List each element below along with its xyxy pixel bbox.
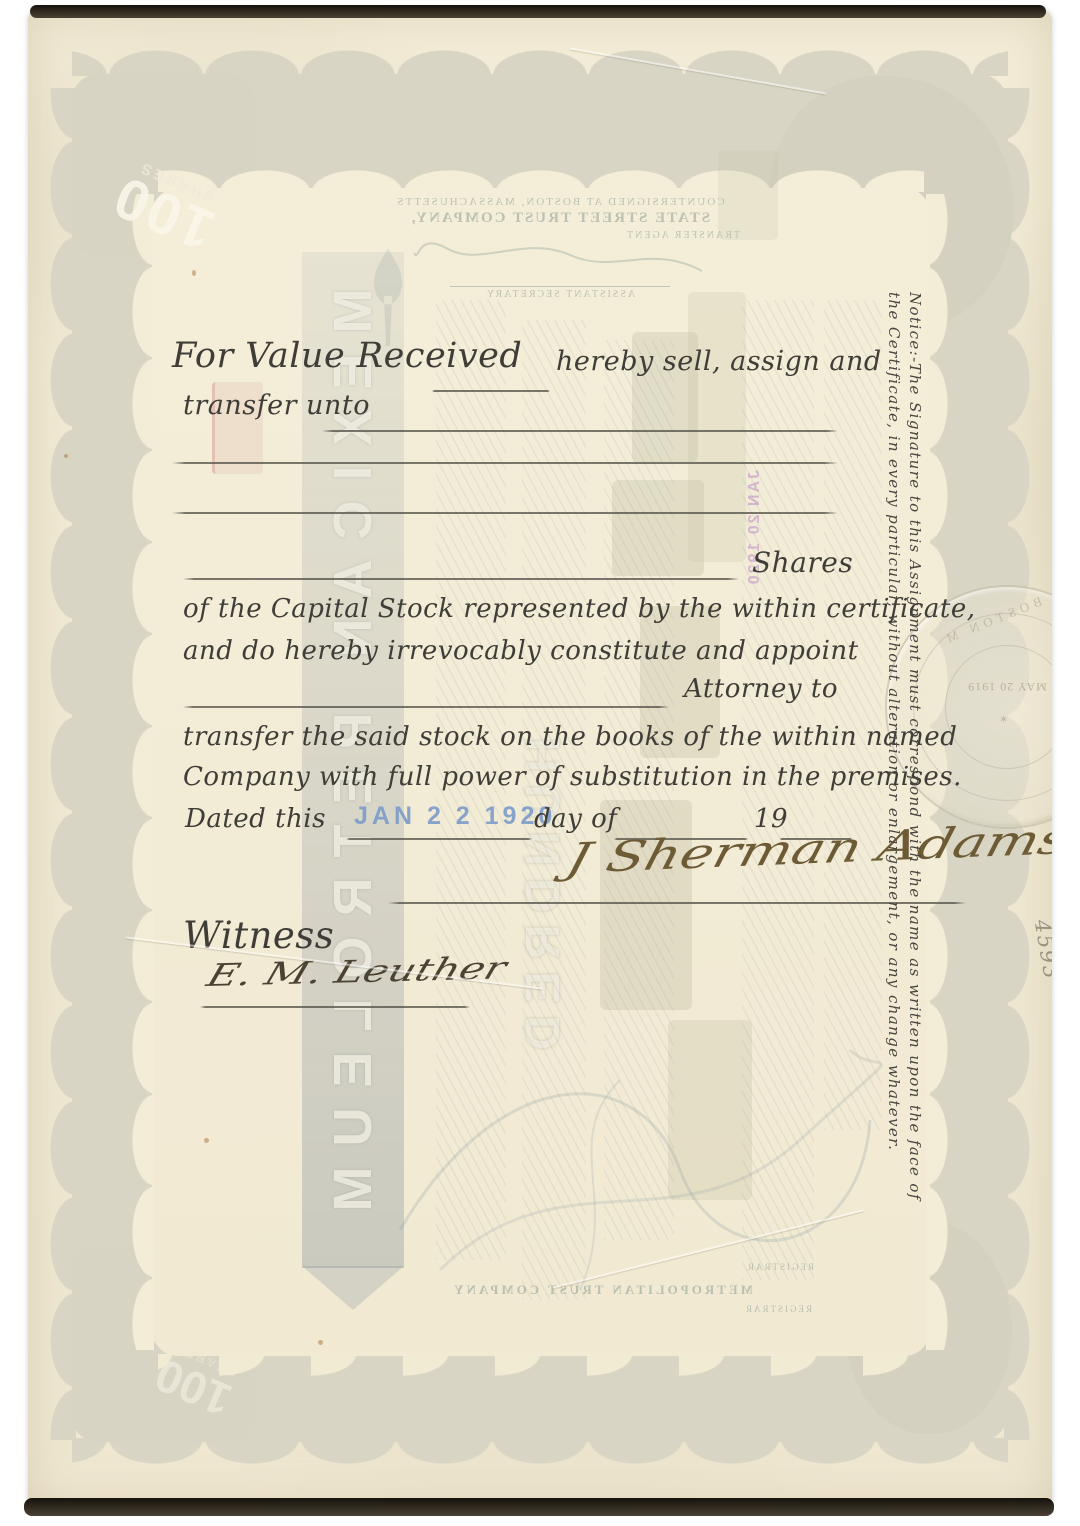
- notice-line-1: Notice:-The Signature to this Assignment…: [904, 292, 925, 1137]
- scanned-certificate-back: 100 SHARES 100 SHARES COUNTERSIGNED AT B…: [0, 0, 1080, 1526]
- border-scallop-top: [72, 48, 1008, 76]
- ruled-line: [346, 838, 532, 840]
- hereby-sell-text: hereby sell, assign and: [556, 346, 882, 377]
- dated-this-label: Dated this: [185, 804, 326, 834]
- assignment-notice: Notice:-The Signature to this Assignment…: [883, 292, 925, 1137]
- witness-label: Witness: [183, 914, 334, 957]
- pencil-note: 4593: [1030, 918, 1052, 983]
- ghost-registrar-company: METROPOLITAN TRUST COMPANY: [392, 1282, 812, 1298]
- paper-sheet: 100 SHARES 100 SHARES COUNTERSIGNED AT B…: [28, 10, 1052, 1510]
- ghost-flourishes: [380, 1020, 900, 1300]
- fox-spot: [64, 454, 68, 458]
- attorney-to-label: Attorney to: [684, 674, 838, 704]
- fox-spot: [204, 1138, 209, 1143]
- ghost-registrar-label-small: REGISTRAR: [746, 1262, 814, 1272]
- ghost-registrar-label: REGISTRAR: [392, 1304, 812, 1314]
- notice-line-2: the Certificate, in every particular, wi…: [883, 292, 904, 1137]
- ruled-line: [183, 706, 669, 708]
- fox-spot: [192, 270, 196, 276]
- date-stamp: JAN 2 2 1920: [354, 802, 556, 831]
- ruled-line: [172, 512, 838, 514]
- inner-scallop-top: [158, 168, 924, 192]
- day-of-label: day of: [534, 804, 617, 834]
- scan-shadow-top: [30, 5, 1046, 18]
- capital-stock-line: of the Capital Stock represented by the …: [183, 594, 976, 624]
- shares-label: Shares: [752, 546, 853, 579]
- ruled-line: [322, 430, 838, 432]
- seal-star-icon: ✶: [999, 713, 1008, 726]
- company-line: Company with full power of substitution …: [183, 762, 962, 792]
- transfer-unto-text: transfer unto: [183, 390, 370, 421]
- ruled-line: [172, 462, 838, 464]
- ruled-line: [432, 390, 550, 392]
- ghost-secretary-rule: [450, 286, 670, 287]
- ghost-patch: [718, 150, 778, 240]
- ghost-hatch-strip: [824, 300, 882, 1130]
- scan-shadow-bottom: [24, 1498, 1054, 1516]
- ghost-officer-signature: [410, 241, 710, 281]
- ruled-line: [183, 578, 739, 580]
- for-value-received-text: For Value Received: [172, 336, 522, 376]
- transfer-books-line: transfer the said stock on the books of …: [183, 722, 957, 752]
- inner-scallop-left: [130, 194, 154, 1350]
- ghost-registrar-block: METROPOLITAN TRUST COMPANY REGISTRAR: [392, 1282, 812, 1314]
- ruled-line: [388, 902, 966, 904]
- border-scallop-bottom: [72, 1438, 1008, 1466]
- ruled-line: [200, 1006, 470, 1008]
- seal-date: MAY 20 1919: [947, 679, 1052, 694]
- constitute-line: and do hereby irrevocably constitute and…: [183, 636, 859, 666]
- fox-spot: [318, 1340, 323, 1345]
